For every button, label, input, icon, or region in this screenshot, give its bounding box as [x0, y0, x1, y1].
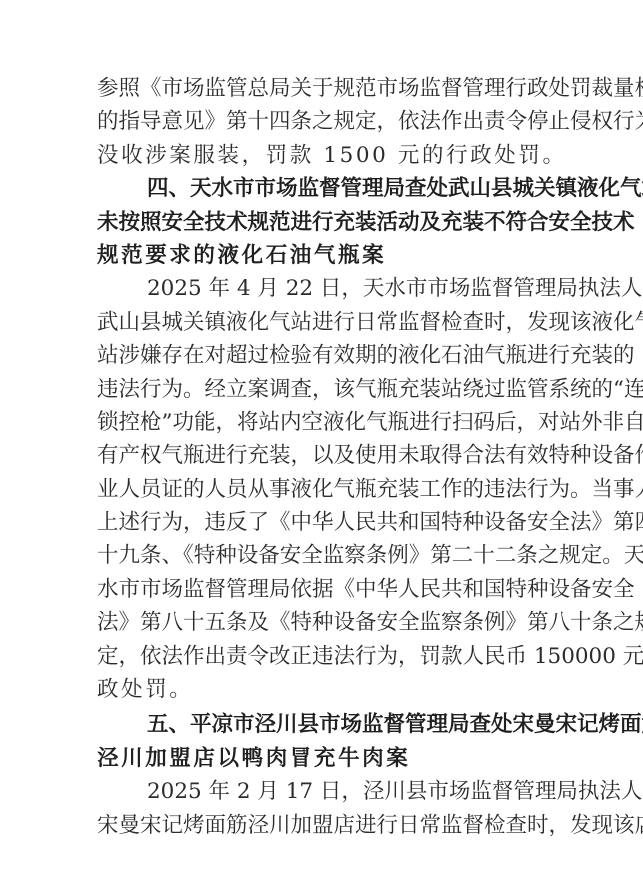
paragraph-line: 水市市场监督管理局依据《中华人民共和国特种设备安全: [97, 573, 549, 606]
paragraph-line: 法》第八十五条及《特种设备安全监察条例》第八十条之规: [97, 606, 549, 639]
paragraph-line: 业人员证的人员从事液化气瓶充装工作的违法行为。当事人: [97, 473, 549, 506]
paragraph-line: 定，依法作出责令改正违法行为，罚款人民币 150000 元的行: [97, 640, 549, 673]
paragraph-line: 有产权气瓶进行充装，以及使用未取得合法有效特种设备作: [97, 439, 549, 472]
document-page: 参照《市场监管总局关于规范市场监督管理行政处罚裁量权 的指导意见》第十四条之规定…: [97, 72, 549, 842]
paragraph-line: 武山县城关镇液化气站进行日常监督检查时，发现该液化气: [97, 306, 549, 339]
paragraph-line: 政处罚。: [97, 673, 549, 706]
intro-paragraph: 参照《市场监管总局关于规范市场监督管理行政处罚裁量权 的指导意见》第十四条之规定…: [97, 72, 549, 172]
paragraph-line: 违法行为。经立案调查，该气瓶充装站绕过监管系统的“连: [97, 373, 549, 406]
section-5: 五、平凉市泾川县市场监督管理局查处宋曼宋记烤面筋 泾川加盟店以鸭肉冒充牛肉案 2…: [97, 708, 549, 842]
section-4-body: 2025 年 4 月 22 日，天水市市场监督管理局执法人员对 武山县城关镇液化…: [97, 272, 549, 706]
paragraph-line: 没收涉案服装，罚款 1500 元的行政处罚。: [97, 139, 549, 172]
paragraph-line: 宋曼宋记烤面筋泾川加盟店进行日常监督检查时，发现该店: [97, 809, 549, 842]
heading-line: 未按照安全技术规范进行充装活动及充装不符合安全技术: [97, 206, 549, 239]
paragraph-line: 的指导意见》第十四条之规定，依法作出责令停止侵权行为，: [97, 105, 549, 138]
heading-line: 五、平凉市泾川县市场监督管理局查处宋曼宋记烤面筋: [97, 708, 549, 741]
section-4: 四、天水市市场监督管理局查处武山县城关镇液化气站 未按照安全技术规范进行充装活动…: [97, 172, 549, 706]
paragraph-line: 站涉嫌存在对超过检验有效期的液化石油气瓶进行充装的: [97, 339, 549, 372]
paragraph-line: 十九条、《特种设备安全监察条例》第二十二条之规定。天: [97, 539, 549, 572]
heading-line: 泾川加盟店以鸭肉冒充牛肉案: [97, 742, 549, 775]
paragraph-line: 参照《市场监管总局关于规范市场监督管理行政处罚裁量权: [97, 72, 549, 105]
section-5-body: 2025 年 2 月 17 日，泾川县市场监督管理局执法人员在 宋曼宋记烤面筋泾…: [97, 775, 549, 842]
heading-line: 四、天水市市场监督管理局查处武山县城关镇液化气站: [97, 172, 549, 205]
heading-line: 规范要求的液化石油气瓶案: [97, 239, 549, 272]
paragraph-line: 2025 年 2 月 17 日，泾川县市场监督管理局执法人员在: [97, 775, 549, 808]
paragraph-line: 上述行为，违反了《中华人民共和国特种设备安全法》第四: [97, 506, 549, 539]
paragraph-line: 2025 年 4 月 22 日，天水市市场监督管理局执法人员对: [97, 272, 549, 305]
section-4-heading: 四、天水市市场监督管理局查处武山县城关镇液化气站 未按照安全技术规范进行充装活动…: [97, 172, 549, 272]
paragraph-line: 锁控枪”功能，将站内空液化气瓶进行扫码后，对站外非自: [97, 406, 549, 439]
section-5-heading: 五、平凉市泾川县市场监督管理局查处宋曼宋记烤面筋 泾川加盟店以鸭肉冒充牛肉案: [97, 708, 549, 775]
